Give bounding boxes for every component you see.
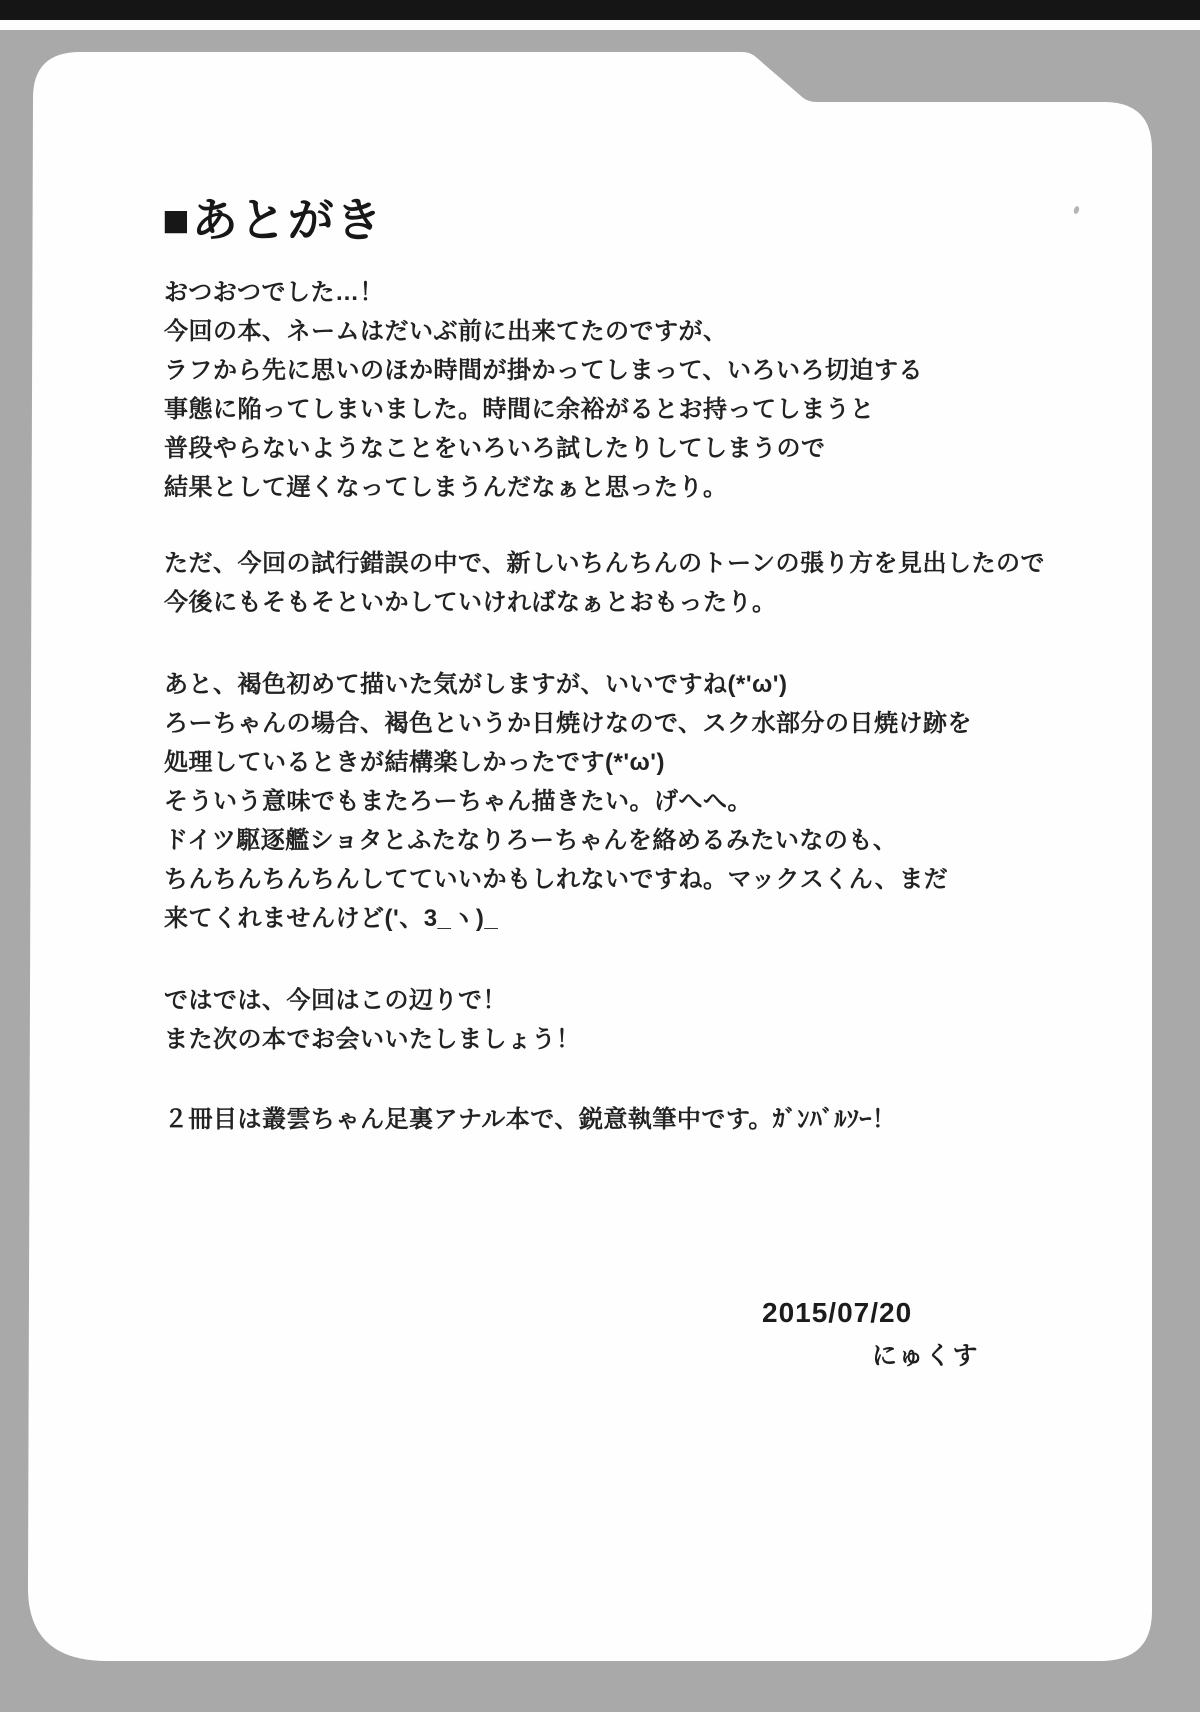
paragraph-tone: ただ、今回の試行錯誤の中で、新しいちんちんのトーンの張り方を見出したので 今後に… bbox=[164, 544, 1045, 622]
text-line: ただ、今回の試行錯誤の中で、新しいちんちんのトーンの張り方を見出したので bbox=[164, 544, 1045, 583]
text-line: ではでは、今回はこの辺りで！ bbox=[164, 981, 581, 1020]
text-line: そういう意味でもまたろーちゃん描きたい。げへへ。 bbox=[164, 782, 972, 821]
text-line: また次の本でお会いいたしましょう！ bbox=[164, 1020, 581, 1059]
text-line: 事態に陥ってしまいました。時間に余裕がるとお持ってしまうと bbox=[164, 390, 923, 429]
text-line: 来てくれませんけど('、3_ヽ)_ bbox=[164, 899, 972, 938]
afterword-title: ■あとがき bbox=[162, 184, 384, 250]
text-line: 今回の本、ネームはだいぶ前に出来てたのですが、 bbox=[164, 312, 923, 351]
text-line: ２冊目は叢雲ちゃん足裏アナル本で、鋭意執筆中です。ｶﾞﾝﾊﾞﾙｿｰ！ bbox=[164, 1100, 896, 1139]
date-text: 2015/07/20 bbox=[762, 1297, 912, 1329]
text-line: ドイツ駆逐艦ショタとふたなりろーちゃんを絡めるみたいなのも、 bbox=[164, 821, 972, 860]
text-line: 普段やらないようなことをいろいろ試したりしてしまうので bbox=[164, 429, 923, 468]
author-signature: にゅくす bbox=[872, 1336, 980, 1372]
text-line: 処理しているときが結構楽しかったです(*'ω') bbox=[164, 743, 972, 782]
text-line: おつおつでした…！ bbox=[164, 273, 923, 312]
text-line: あと、褐色初めて描いた気がしますが、いいですね(*'ω') bbox=[164, 665, 972, 704]
text-line: ろーちゃんの場合、褐色というか日焼けなので、スク水部分の日焼け跡を bbox=[164, 704, 972, 743]
text-line: ラフから先に思いのほか時間が掛かってしまって、いろいろ切迫する bbox=[164, 351, 923, 390]
paragraph-closing: ではでは、今回はこの辺りで！ また次の本でお会いいたしましょう！ bbox=[164, 981, 581, 1059]
scanned-afterword-page: ■あとがき おつおつでした…！ 今回の本、ネームはだいぶ前に出来てたのですが、 … bbox=[0, 0, 1200, 1712]
paragraph-next-book: ２冊目は叢雲ちゃん足裏アナル本で、鋭意執筆中です。ｶﾞﾝﾊﾞﾙｿｰ！ bbox=[164, 1100, 896, 1139]
paragraph-intro: おつおつでした…！ 今回の本、ネームはだいぶ前に出来てたのですが、 ラフから先に… bbox=[164, 273, 923, 507]
text-line: ちんちんちんちんしてていいかもしれないですね。マックスくん、まだ bbox=[164, 860, 972, 899]
paragraph-tan: あと、褐色初めて描いた気がしますが、いいですね(*'ω') ろーちゃんの場合、褐… bbox=[164, 665, 972, 938]
text-line: 今後にもそもそといかしていければなぁとおもったり。 bbox=[164, 583, 1045, 622]
text-line: 結果として遅くなってしまうんだなぁと思ったり。 bbox=[164, 468, 923, 507]
